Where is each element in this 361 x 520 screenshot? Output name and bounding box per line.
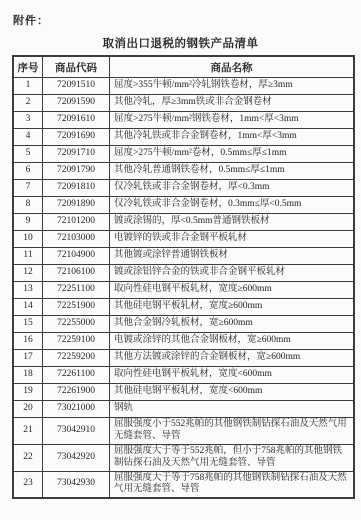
cell-serial-number: 12 <box>13 265 43 282</box>
table-row: 172091510屈度>355牛顿/mm²冷轧钢铁卷材，厚≥3mm <box>13 78 354 95</box>
cell-product-code: 72091790 <box>43 163 110 180</box>
cell-serial-number: 22 <box>13 444 43 471</box>
cell-serial-number: 15 <box>13 316 43 333</box>
cell-serial-number: 13 <box>13 282 43 299</box>
cell-product-name: 屈度>275牛顿/mm²卷材，0.5mm≤厚≤1mm <box>110 146 355 163</box>
cell-serial-number: 23 <box>13 471 43 498</box>
cell-product-code: 72251100 <box>43 282 110 299</box>
cell-product-code: 73042930 <box>43 471 110 498</box>
table-row: 1472251900其他硅电钢平板轧材，宽度≥600mm <box>13 299 354 316</box>
table-row: 1372251100取向性硅电钢平板轧材，宽度≥600mm <box>13 282 354 299</box>
cell-product-name: 仅冷轧铁或非合金钢卷材，0.3mm≤厚<0.5mm <box>110 197 355 214</box>
table-row: 572091710屈度>275牛顿/mm²卷材，0.5mm≤厚≤1mm <box>13 146 354 163</box>
cell-product-code: 72091710 <box>43 146 110 163</box>
header-serial-number: 序号 <box>13 56 43 78</box>
cell-product-name: 其他冷轧铁或非合金钢卷材，1mm<厚<3mm <box>110 129 355 146</box>
cell-product-name: 屈服强度小于552兆帕的其他钢铁制钻探石油及天然气用无缝套管、导管 <box>110 418 355 445</box>
table-row: 1172104900其他镀或涂锌普通钢铁板材 <box>13 248 354 265</box>
table-row: 1872261100取向性硅电钢平板轧材，宽度<600mm <box>13 367 354 384</box>
cell-product-code: 72091890 <box>43 197 110 214</box>
cell-product-name: 镀或涂锡的，厚<0.5mm普通钢铁板材 <box>110 214 355 231</box>
header-product-code: 商品代码 <box>43 56 110 78</box>
table-row: 1772259200其他方法镀或涂锌的合金钢板材，宽≥600mm <box>13 350 354 367</box>
cell-serial-number: 7 <box>13 180 43 197</box>
cell-product-name: 其他合金钢冷轧板材，宽≥600mm <box>110 316 355 333</box>
cell-product-code: 72259200 <box>43 350 110 367</box>
cell-product-name: 取向性硅电钢平板轧材，宽度≥600mm <box>110 282 355 299</box>
cell-product-name: 屈服强度大于等于758兆帕的其他钢铁制钻探石油及天然气用无缝套管、导管 <box>110 471 355 498</box>
cell-serial-number: 4 <box>13 129 43 146</box>
cell-serial-number: 18 <box>13 367 43 384</box>
table-row: 1672259100电镀或涂锌的其他合金钢板材，宽≥600mm <box>13 333 354 350</box>
cell-product-name: 钢轨 <box>110 401 355 418</box>
cell-serial-number: 19 <box>13 384 43 401</box>
cell-product-code: 72091590 <box>43 95 110 112</box>
cell-product-code: 72251900 <box>43 299 110 316</box>
cell-product-name: 取向性硅电钢平板轧材，宽度<600mm <box>110 367 355 384</box>
cell-product-name: 电镀锌的铁或非合金钢平板轧材 <box>110 231 355 248</box>
cell-product-name: 其他冷轧普通钢铁卷材，0.5mm≤厚≤1mm <box>110 163 355 180</box>
cell-product-code: 72091690 <box>43 129 110 146</box>
table-row: 1972261900其他硅电钢平板轧材，宽度<600mm <box>13 384 354 401</box>
cell-serial-number: 9 <box>13 214 43 231</box>
cell-serial-number: 5 <box>13 146 43 163</box>
table-row: 372091610屈度>275牛顿/mm²钢铁卷材，1mm<厚<3mm <box>13 112 354 129</box>
cell-product-name: 其他镀或涂锌普通钢铁板材 <box>110 248 355 265</box>
table-row: 2273042920屈服强度大于等于552兆帕，但小于758兆帕的其他钢铁制钻探… <box>13 444 354 471</box>
cell-product-code: 72261900 <box>43 384 110 401</box>
cell-product-name: 屈度>355牛顿/mm²冷轧钢铁卷材，厚≥3mm <box>110 78 355 95</box>
table-header-row: 序号 商品代码 商品名称 <box>13 56 354 78</box>
product-table: 序号 商品代码 商品名称 172091510屈度>355牛顿/mm²冷轧钢铁卷材… <box>12 55 355 499</box>
table-row: 2073021000钢轨 <box>13 401 354 418</box>
cell-product-code: 72101200 <box>43 214 110 231</box>
cell-product-code: 72106100 <box>43 265 110 282</box>
table-row: 1072103000电镀锌的铁或非合金钢平板轧材 <box>13 231 354 248</box>
cell-serial-number: 1 <box>13 78 43 95</box>
table-row: 1572255000其他合金钢冷轧板材，宽≥600mm <box>13 316 354 333</box>
table-row: 2373042930屈服强度大于等于758兆帕的其他钢铁制钻探石油及天然气用无缝… <box>13 471 354 498</box>
cell-serial-number: 11 <box>13 248 43 265</box>
header-product-name: 商品名称 <box>110 56 355 78</box>
cell-product-code: 72091510 <box>43 78 110 95</box>
cell-serial-number: 6 <box>13 163 43 180</box>
table-row: 872091890仅冷轧铁或非合金钢卷材，0.3mm≤厚<0.5mm <box>13 197 354 214</box>
cell-serial-number: 10 <box>13 231 43 248</box>
table-row: 272091590其他冷轧，厚≥3mm铁或非合金钢卷材 <box>13 95 354 112</box>
cell-product-code: 72091810 <box>43 180 110 197</box>
cell-product-code: 72259100 <box>43 333 110 350</box>
attachment-label: 附件： <box>13 12 49 28</box>
cell-serial-number: 17 <box>13 350 43 367</box>
table-row: 672091790其他冷轧普通钢铁卷材，0.5mm≤厚≤1mm <box>13 163 354 180</box>
table-row: 2173042910屈服强度小于552兆帕的其他钢铁制钻探石油及天然气用无缝套管… <box>13 418 354 445</box>
cell-serial-number: 16 <box>13 333 43 350</box>
cell-product-code: 72261100 <box>43 367 110 384</box>
cell-product-name: 镀或涂铝锌合金的铁或非合金钢平板轧材 <box>110 265 355 282</box>
cell-product-name: 屈度>275牛顿/mm²钢铁卷材，1mm<厚<3mm <box>110 112 355 129</box>
cell-serial-number: 20 <box>13 401 43 418</box>
cell-product-name: 其他冷轧，厚≥3mm铁或非合金钢卷材 <box>110 95 355 112</box>
page-title: 取消出口退税的钢铁产品清单 <box>0 35 361 51</box>
cell-product-code: 72255000 <box>43 316 110 333</box>
cell-product-name: 其他方法镀或涂锌的合金钢板材，宽≥600mm <box>110 350 355 367</box>
cell-product-name: 电镀或涂锌的其他合金钢板材，宽≥600mm <box>110 333 355 350</box>
cell-product-code: 72104900 <box>43 248 110 265</box>
table-row: 472091690其他冷轧铁或非合金钢卷材，1mm<厚<3mm <box>13 129 354 146</box>
table-row: 1272106100镀或涂铝锌合金的铁或非合金钢平板轧材 <box>13 265 354 282</box>
cell-product-code: 72103000 <box>43 231 110 248</box>
cell-product-code: 73042910 <box>43 418 110 445</box>
cell-product-name: 其他硅电钢平板轧材，宽度≥600mm <box>110 299 355 316</box>
cell-serial-number: 2 <box>13 95 43 112</box>
cell-serial-number: 8 <box>13 197 43 214</box>
cell-serial-number: 3 <box>13 112 43 129</box>
table-row: 972101200镀或涂锡的，厚<0.5mm普通钢铁板材 <box>13 214 354 231</box>
cell-product-code: 72091610 <box>43 112 110 129</box>
cell-serial-number: 21 <box>13 418 43 445</box>
cell-product-name: 仅冷轧铁或非合金钢卷材，厚<0.3mm <box>110 180 355 197</box>
cell-product-code: 73021000 <box>43 401 110 418</box>
cell-serial-number: 14 <box>13 299 43 316</box>
cell-product-code: 73042920 <box>43 444 110 471</box>
cell-product-name: 屈服强度大于等于552兆帕，但小于758兆帕的其他钢铁制钻探石油及天然气用无缝套… <box>110 444 355 471</box>
document-page: 附件： 取消出口退税的钢铁产品清单 序号 商品代码 商品名称 172091510… <box>0 0 361 520</box>
table-row: 772091810仅冷轧铁或非合金钢卷材，厚<0.3mm <box>13 180 354 197</box>
cell-product-name: 其他硅电钢平板轧材，宽度<600mm <box>110 384 355 401</box>
